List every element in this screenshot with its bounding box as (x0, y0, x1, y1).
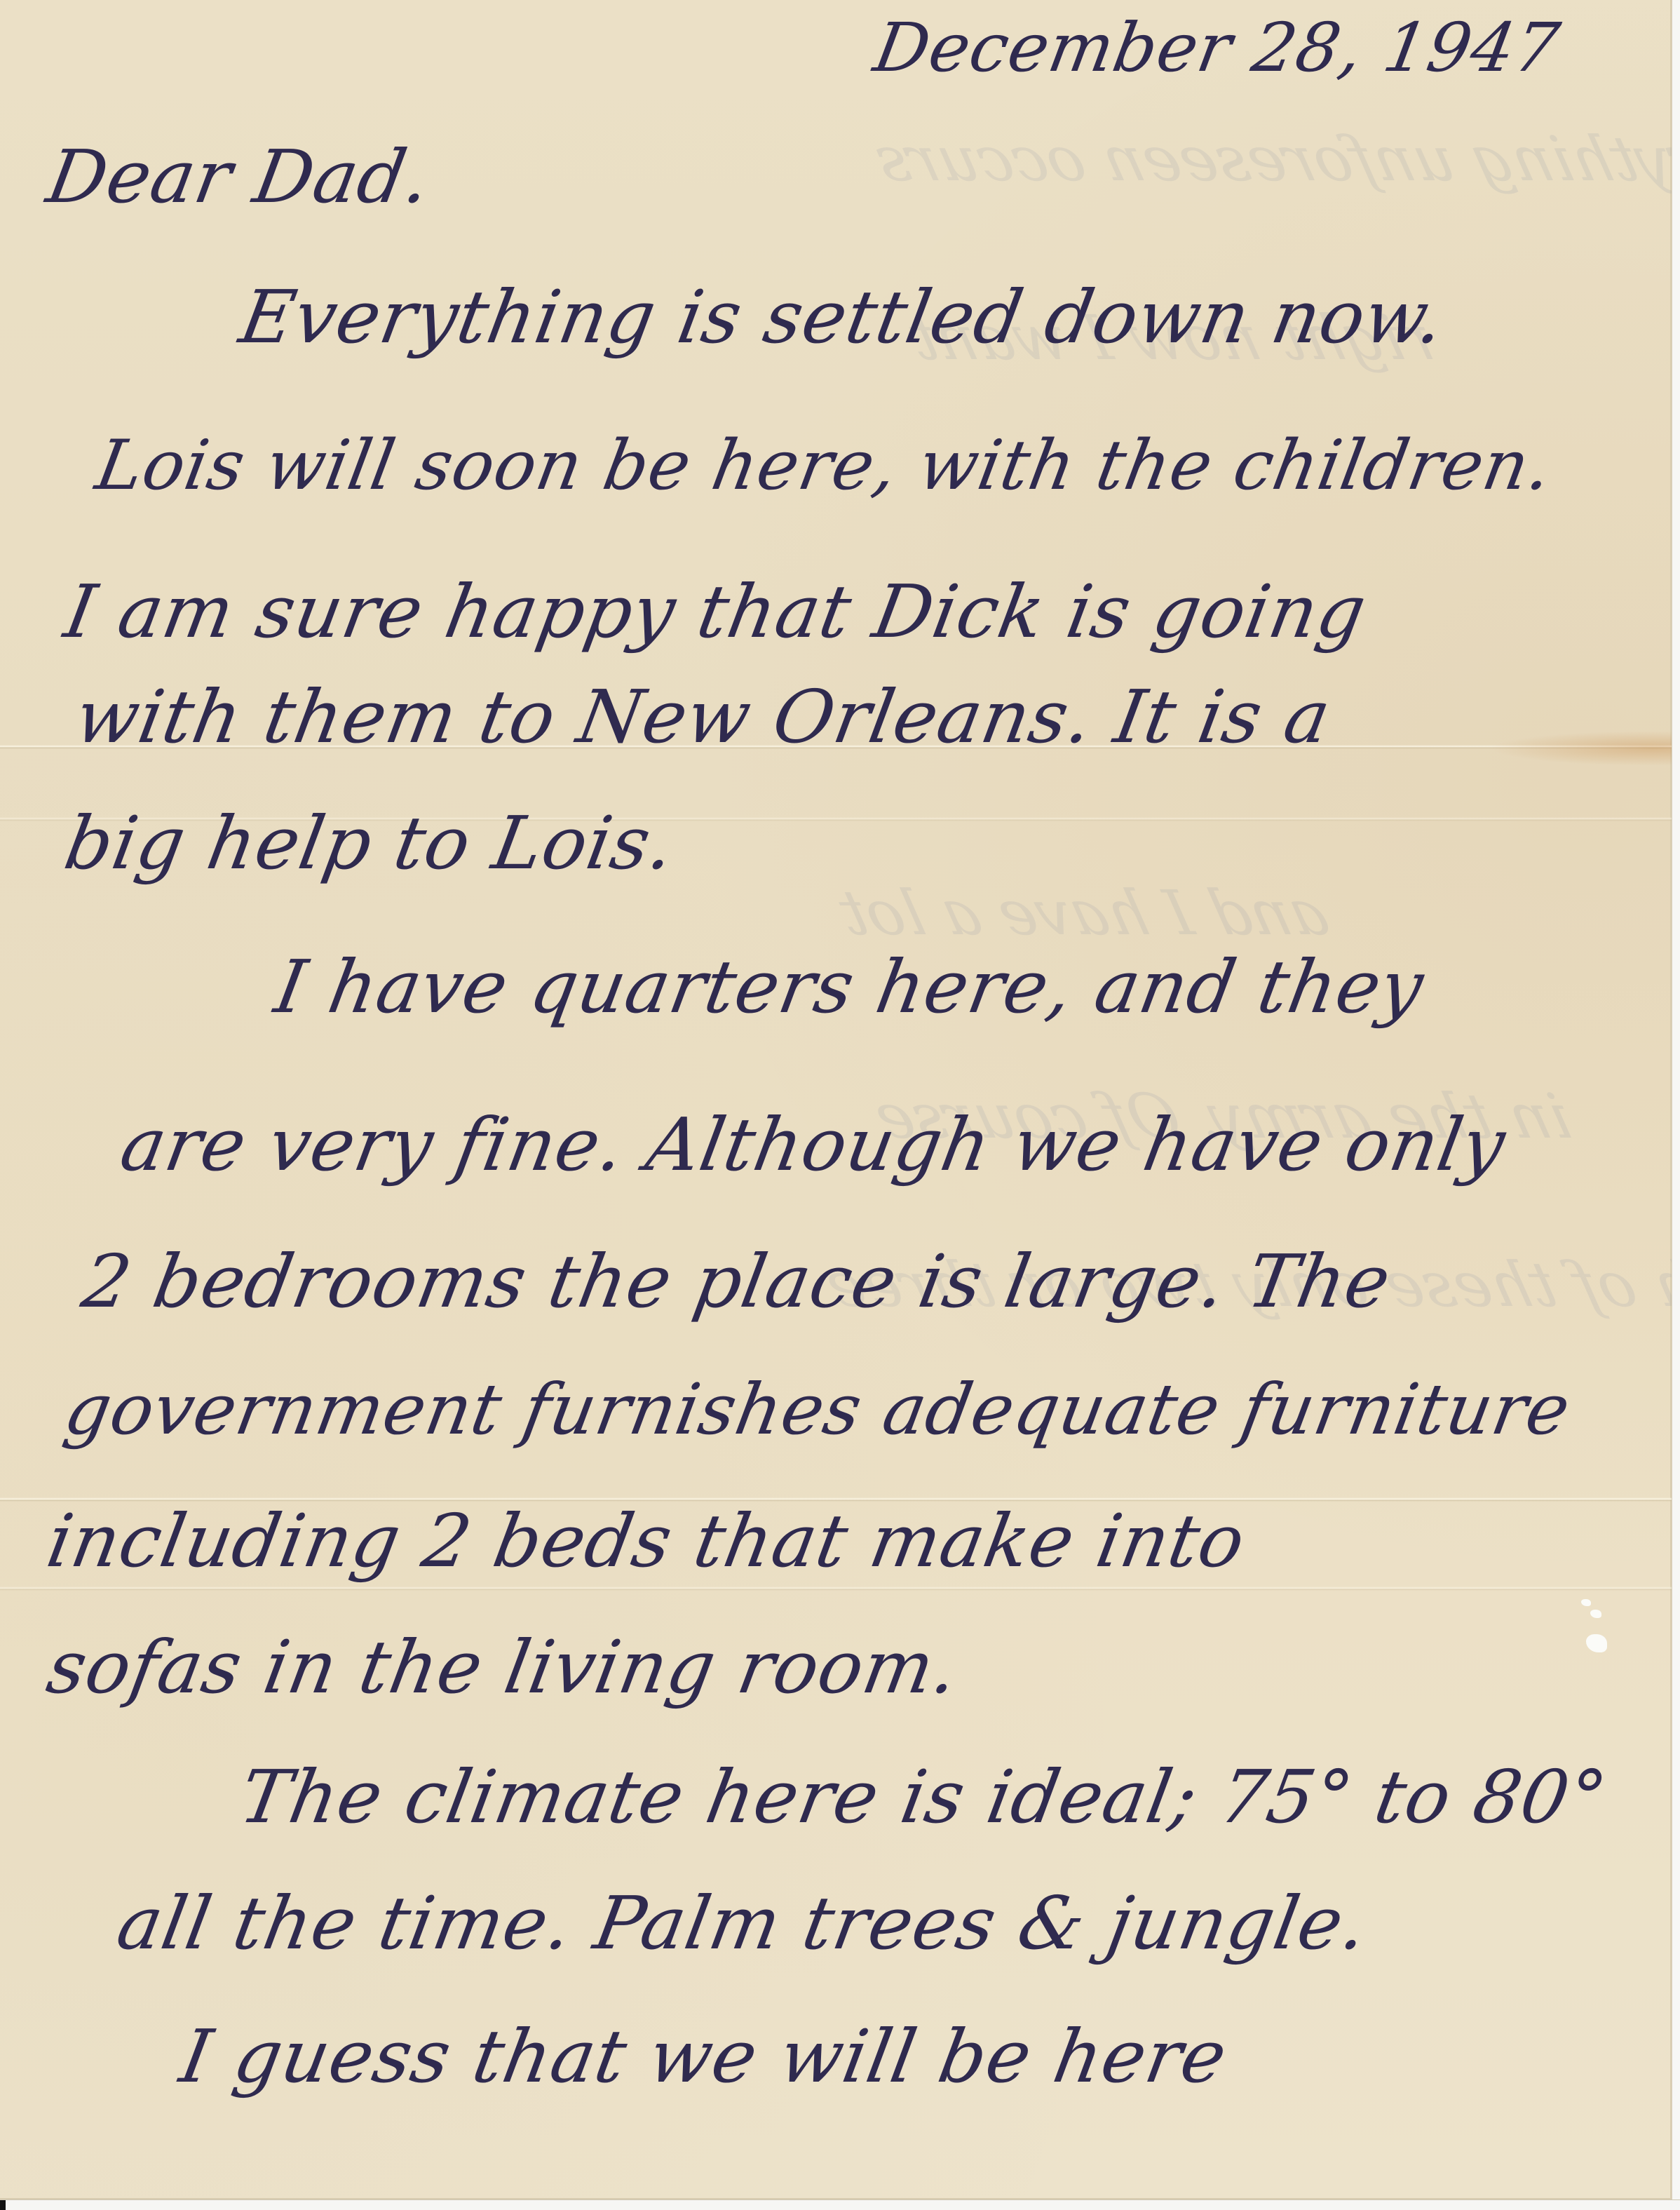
letter-line: Everything is settled down now. (235, 281, 1450, 353)
letter-line: including 2 beds that make into (42, 1504, 1250, 1577)
letter-line: with them to New Orleans. It is a (70, 680, 1336, 753)
fold-crease (0, 1586, 1672, 1591)
letter-line: are very fine. Although we have only (116, 1108, 1511, 1181)
letter-salutation: Dear Dad. (42, 140, 436, 213)
bleed-through-text: everything unforeseen occurs (867, 123, 1680, 195)
letter-line: I am sure happy that Dick is going (60, 575, 1371, 648)
letter-line: big help to Lois. (60, 807, 680, 880)
letter-line: Lois will soon be here, with the childre… (91, 431, 1557, 500)
letter-page: everything unforeseen occurs right now I… (0, 0, 1672, 2199)
letter-line: 2 bedrooms the place is large. The (77, 1245, 1396, 1318)
letter-date: December 28, 1947 (869, 14, 1564, 81)
paper-tear (1590, 1610, 1601, 1618)
letter-line: all the time. Palm trees & jungle. (112, 1887, 1373, 1960)
letter-line: sofas in the living room. (42, 1631, 964, 1704)
letter-line: I have quarters here, and they (270, 950, 1429, 1023)
scan-edge-marker (0, 2200, 6, 2210)
letter-line: I guess that we will be here (175, 2020, 1232, 2093)
scan-margin-bottom (0, 2199, 1680, 2210)
letter-line: government furnishes adequate furniture (60, 1375, 1576, 1445)
letter-line: The climate here is ideal; 75° to 80° (235, 1760, 1613, 1833)
paper-tear (1586, 1634, 1607, 1652)
bleed-through-text: and I have a lot (832, 877, 1336, 949)
paper-tear (1581, 1599, 1591, 1606)
scan-margin-right (1672, 0, 1680, 2199)
